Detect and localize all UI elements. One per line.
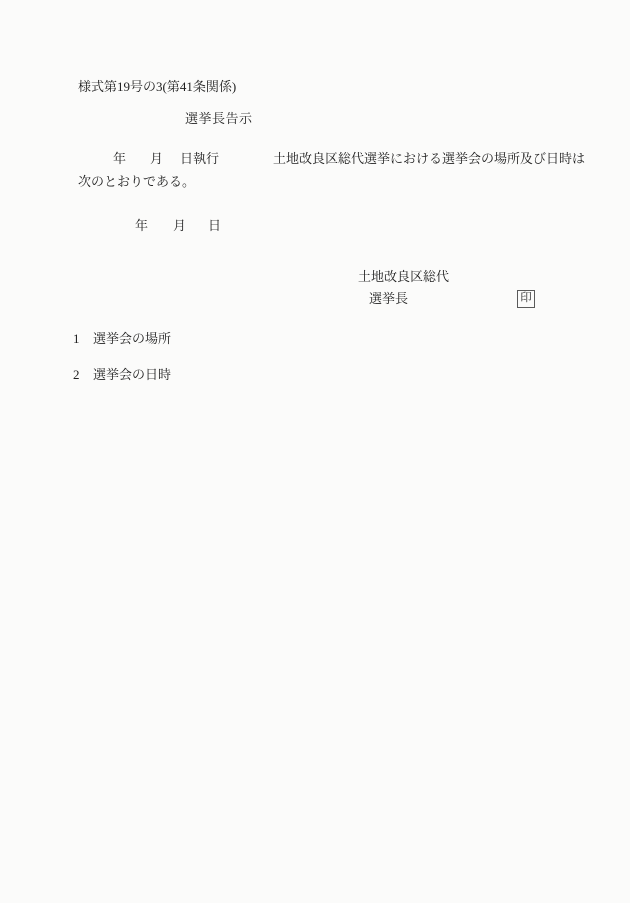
list-item-election-meeting-datetime: 選挙会の日時 xyxy=(93,368,171,383)
issue-date-month-label: 月 xyxy=(173,219,186,234)
document-page: 様式第19号の3(第41条関係) 選挙長告示 年 月 日執行 土地改良区総代選挙… xyxy=(0,0,630,903)
list-item-number: 1 xyxy=(73,332,80,347)
signature-organization: 土地改良区総代 xyxy=(358,270,449,285)
opening-main-text: 土地改良区総代選挙における選挙会の場所及び日時は xyxy=(273,152,585,167)
signature-role: 選挙長 xyxy=(369,292,408,307)
document-title: 選挙長告示 xyxy=(185,112,253,127)
issue-date-year-label: 年 xyxy=(135,219,148,234)
list-item-election-meeting-place: 選挙会の場所 xyxy=(93,332,171,347)
execution-date-day-label: 日執行 xyxy=(180,152,219,167)
issue-date-day-label: 日 xyxy=(208,219,221,234)
seal-mark: 印 xyxy=(517,290,535,308)
execution-date-year-label: 年 xyxy=(113,152,126,167)
form-number: 様式第19号の3(第41条関係) xyxy=(78,80,236,95)
opening-main-text-continued: 次のとおりである。 xyxy=(78,175,195,190)
execution-date-month-label: 月 xyxy=(150,152,163,167)
list-item-number: 2 xyxy=(73,368,80,383)
